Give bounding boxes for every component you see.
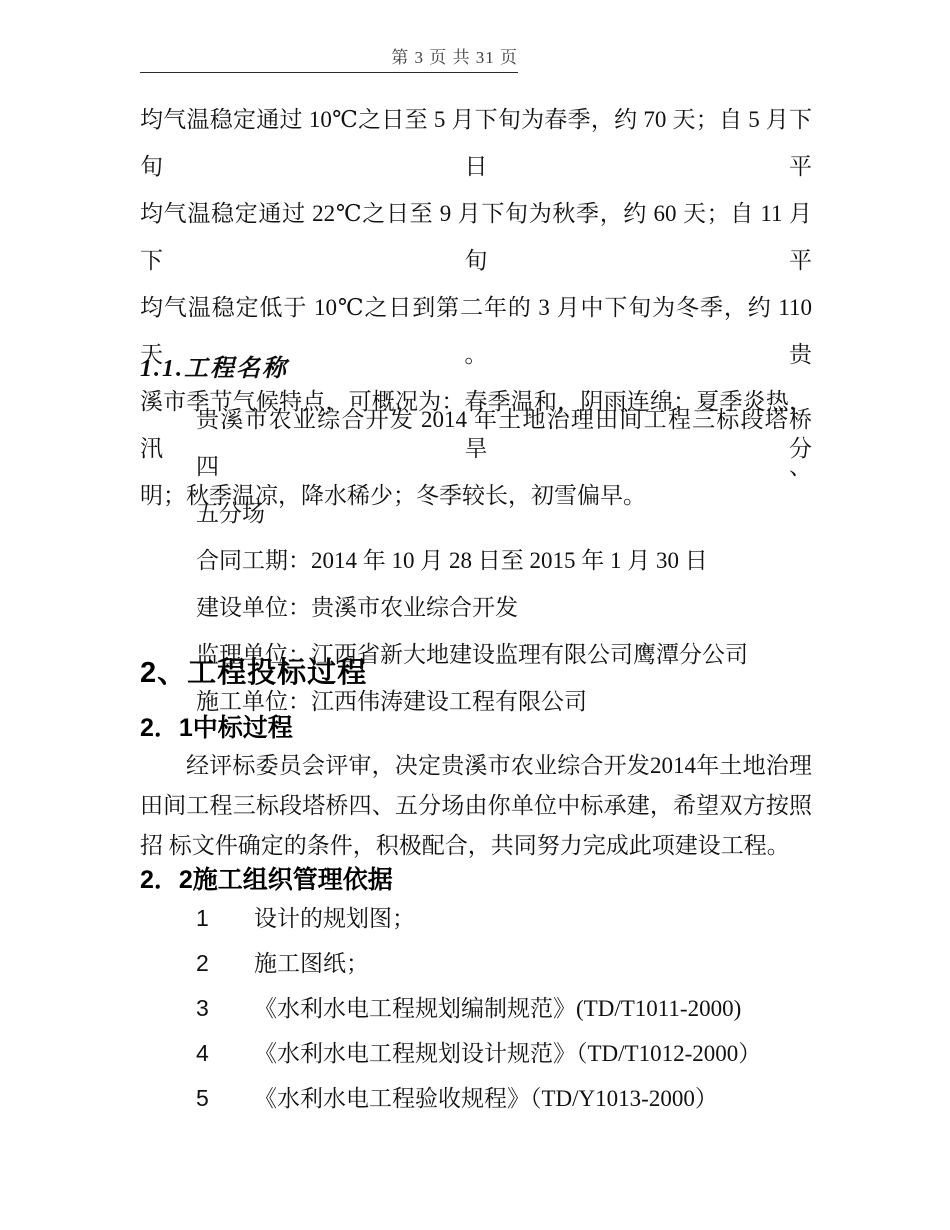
item-text: 《水利水电工程规划设计规范》（TD/T1012-2000） xyxy=(254,1031,761,1076)
project-name-line: 贵溪市农业综合开发 2014 年土地治理田间工程三标段塔桥四、 xyxy=(196,396,812,490)
item-number: 4 xyxy=(196,1031,254,1076)
item-text: 《水利水电工程规划编制规范》(TD/T1011-2000) xyxy=(254,986,741,1031)
item-number: 2 xyxy=(196,941,254,986)
page-number-text: 第 3 页 共 31 页 xyxy=(391,48,518,67)
item-number: 3 xyxy=(196,986,254,1031)
page-header: 第 3 页 共 31 页 xyxy=(140,44,518,73)
section-2-heading: 2、工程投标过程 xyxy=(140,650,367,691)
paragraph-line: 均气温稳定通过 10℃之日至 5 月下旬为春季，约 70 天；自 5 月下旬日平 xyxy=(140,96,812,190)
item-text: 施工图纸； xyxy=(254,941,369,986)
reference-list: 1 设计的规划图； 2 施工图纸； 3 《水利水电工程规划编制规范》(TD/T1… xyxy=(196,896,836,1121)
owner-unit-line: 建设单位：贵溪市农业综合开发 xyxy=(196,584,812,631)
section-1-1-heading: 1.1.工程名称 xyxy=(140,348,288,383)
item-text: 设计的规划图； xyxy=(254,896,415,941)
paragraph-award: 经评标委员会评审，决定贵溪市农业综合开发2014年土地治理 田间工程三标段塔桥四… xyxy=(140,746,812,866)
document-page: 第 3 页 共 31 页 均气温稳定通过 10℃之日至 5 月下旬为春季，约 7… xyxy=(0,0,950,1230)
paragraph-line: 田间工程三标段塔桥四、五分场由你单位中标承建，希望双方按照 xyxy=(140,786,812,826)
project-name-line: 五分场 xyxy=(196,490,812,537)
contract-period-line: 合同工期：2014 年 10 月 28 日至 2015 年 1 月 30 日 xyxy=(196,537,812,584)
paragraph-line: 经评标委员会评审，决定贵溪市农业综合开发2014年土地治理 xyxy=(140,746,812,786)
section-2-1-heading: 2．1中标过程 xyxy=(140,708,293,744)
section-2-2-heading: 2．2施工组织管理依据 xyxy=(140,860,393,896)
list-item: 2 施工图纸； xyxy=(196,941,836,986)
paragraph-line: 均气温稳定通过 22℃之日至 9 月下旬为秋季，约 60 天；自 11 月下旬平 xyxy=(140,190,812,284)
item-number: 1 xyxy=(196,896,254,941)
item-text: 《水利水电工程验收规程》（TD/Y1013-2000） xyxy=(254,1076,718,1121)
list-item: 1 设计的规划图； xyxy=(196,896,836,941)
list-item: 4 《水利水电工程规划设计规范》（TD/T1012-2000） xyxy=(196,1031,836,1076)
item-number: 5 xyxy=(196,1076,254,1121)
list-item: 5 《水利水电工程验收规程》（TD/Y1013-2000） xyxy=(196,1076,836,1121)
list-item: 3 《水利水电工程规划编制规范》(TD/T1011-2000) xyxy=(196,986,836,1031)
